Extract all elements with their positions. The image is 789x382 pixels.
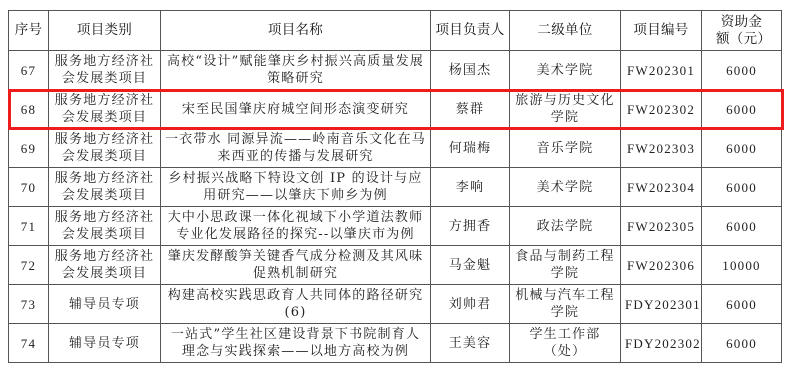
cell-name: 构建高校实践思政育人共同体的路径研究(6) xyxy=(161,285,431,324)
cell-category: 服务地方经济社会发展类项目 xyxy=(49,246,161,285)
header-category: 项目类别 xyxy=(49,11,161,51)
cell-name: 肇庆发酵酸笋关键香气成分检测及其风味促熟机制研究 xyxy=(161,246,431,285)
cell-no: 69 xyxy=(9,129,49,168)
cell-category: 服务地方经济社会发展类项目 xyxy=(49,51,161,90)
header-leader: 项目负责人 xyxy=(431,11,510,51)
cell-name: 高校“设计”赋能肇庆乡村振兴高质量发展策略研究 xyxy=(161,51,431,90)
cell-code: FW202302 xyxy=(621,90,702,129)
cell-leader: 刘帅君 xyxy=(431,285,510,324)
header-unit: 二级单位 xyxy=(510,11,621,51)
cell-no: 72 xyxy=(9,246,49,285)
cell-code: FDY202302 xyxy=(621,324,702,363)
header-row: 序号 项目类别 项目名称 项目负责人 二级单位 项目编号 资助金额（元） xyxy=(9,11,782,51)
cell-name: 宋至民国肇庆府城空间形态演变研究 xyxy=(161,90,431,129)
cell-code: FW202306 xyxy=(621,246,702,285)
cell-leader: 何瑞梅 xyxy=(431,129,510,168)
header-amount: 资助金额（元） xyxy=(702,11,782,51)
table-row: 72 服务地方经济社会发展类项目 肇庆发酵酸笋关键香气成分检测及其风味促熟机制研… xyxy=(9,246,782,285)
cell-unit: 美术学院 xyxy=(510,51,621,90)
table-row-highlighted: 68 服务地方经济社会发展类项目 宋至民国肇庆府城空间形态演变研究 蔡群 旅游与… xyxy=(9,90,782,129)
cell-code: FW202301 xyxy=(621,51,702,90)
cell-leader: 方拥香 xyxy=(431,207,510,246)
cell-name: 大中小思政课一体化视域下小学道法教师专业化发展路径的探究--以肇庆市为例 xyxy=(161,207,431,246)
cell-unit: 政法学院 xyxy=(510,207,621,246)
cell-no: 67 xyxy=(9,51,49,90)
cell-unit: 学生工作部（处） xyxy=(510,324,621,363)
cell-no: 73 xyxy=(9,285,49,324)
table-row: 70 服务地方经济社会发展类项目 乡村振兴战略下特设文创 IP 的设计与应用研究… xyxy=(9,168,782,207)
header-no: 序号 xyxy=(9,11,49,51)
cell-category: 辅导员专项 xyxy=(49,324,161,363)
cell-category: 服务地方经济社会发展类项目 xyxy=(49,168,161,207)
cell-no: 68 xyxy=(9,90,49,129)
table-row: 74 辅导员专项 一站式”学生社区建设背景下书院制育人理念与实践探索——以地方高… xyxy=(9,324,782,363)
cell-code: FW202305 xyxy=(621,207,702,246)
table-row: 73 辅导员专项 构建高校实践思政育人共同体的路径研究(6) 刘帅君 机械与汽车… xyxy=(9,285,782,324)
cell-amount: 6000 xyxy=(702,324,782,363)
cell-amount: 6000 xyxy=(702,207,782,246)
cell-amount: 6000 xyxy=(702,168,782,207)
cell-category: 服务地方经济社会发展类项目 xyxy=(49,129,161,168)
cell-amount: 6000 xyxy=(702,129,782,168)
funding-table: 序号 项目类别 项目名称 项目负责人 二级单位 项目编号 资助金额（元） 67 … xyxy=(8,10,782,363)
cell-amount: 6000 xyxy=(702,51,782,90)
cell-name: 一衣带水 同源异流——岭南音乐文化在马来西亚的传播与发展研究 xyxy=(161,129,431,168)
cell-code: FDY202301 xyxy=(621,285,702,324)
cell-category: 服务地方经济社会发展类项目 xyxy=(49,90,161,129)
table-row: 71 服务地方经济社会发展类项目 大中小思政课一体化视域下小学道法教师专业化发展… xyxy=(9,207,782,246)
cell-leader: 李响 xyxy=(431,168,510,207)
cell-unit: 美术学院 xyxy=(510,168,621,207)
header-name: 项目名称 xyxy=(161,11,431,51)
table-row: 67 服务地方经济社会发展类项目 高校“设计”赋能肇庆乡村振兴高质量发展策略研究… xyxy=(9,51,782,90)
cell-name: 一站式”学生社区建设背景下书院制育人理念与实践探索——以地方高校为例 xyxy=(161,324,431,363)
cell-leader: 马金魁 xyxy=(431,246,510,285)
cell-code: FW202304 xyxy=(621,168,702,207)
cell-unit: 旅游与历史文化学院 xyxy=(510,90,621,129)
cell-no: 74 xyxy=(9,324,49,363)
cell-amount: 6000 xyxy=(702,90,782,129)
cell-no: 71 xyxy=(9,207,49,246)
cell-category: 辅导员专项 xyxy=(49,285,161,324)
cell-leader: 蔡群 xyxy=(431,90,510,129)
cell-code: FW202303 xyxy=(621,129,702,168)
cell-category: 服务地方经济社会发展类项目 xyxy=(49,207,161,246)
cell-amount: 6000 xyxy=(702,285,782,324)
cell-no: 70 xyxy=(9,168,49,207)
cell-unit: 机械与汽车工程学院 xyxy=(510,285,621,324)
cell-leader: 王美容 xyxy=(431,324,510,363)
cell-unit: 食品与制药工程学院 xyxy=(510,246,621,285)
header-code: 项目编号 xyxy=(621,11,702,51)
cell-name: 乡村振兴战略下特设文创 IP 的设计与应用研究——以肇庆下帅乡为例 xyxy=(161,168,431,207)
cell-amount: 10000 xyxy=(702,246,782,285)
table-row: 69 服务地方经济社会发展类项目 一衣带水 同源异流——岭南音乐文化在马来西亚的… xyxy=(9,129,782,168)
cell-leader: 杨国杰 xyxy=(431,51,510,90)
cell-unit: 音乐学院 xyxy=(510,129,621,168)
